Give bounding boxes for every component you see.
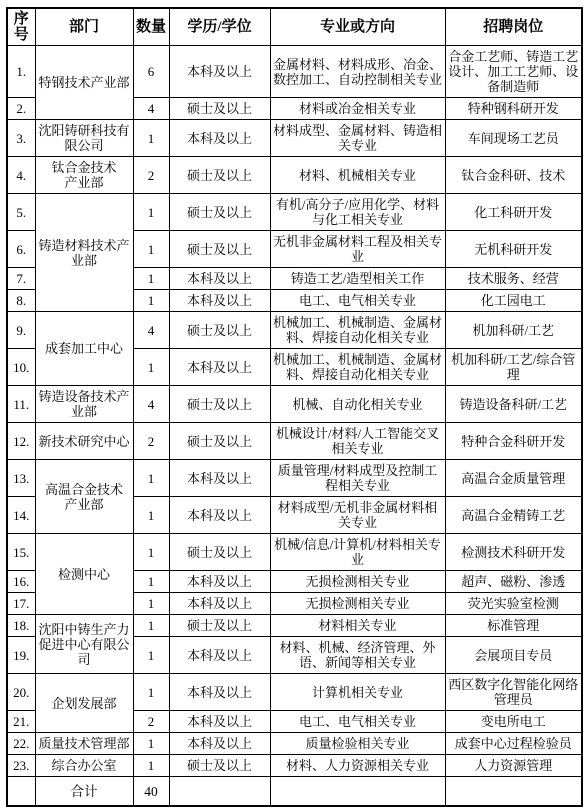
cell-major: 材料、机械、经济管理、外语、新闻等相关专业 [270, 637, 445, 674]
cell-position: 高温合金精铸工艺 [445, 497, 582, 534]
cell-department: 综合办公室 [35, 755, 133, 777]
cell-degree: 本科及以上 [169, 497, 270, 534]
cell-major: 无损检测相关专业 [270, 571, 445, 593]
cell-degree: 本科及以上 [169, 637, 270, 674]
cell-major: 计算机相关专业 [270, 674, 445, 711]
cell-serial: 10. [7, 349, 35, 386]
table-row: 1.特钢技术产业部6本科及以上金属材料、材料成形、冶金、数控加工、自动控制相关专… [7, 46, 582, 98]
cell-degree: 本科及以上 [169, 268, 270, 290]
cell-position [445, 777, 582, 807]
cell-count: 1 [133, 497, 169, 534]
table-row: 13.高温合金技术 产业部1本科及以上质量管理/材料成型及控制工程相关专业高温合… [7, 460, 582, 497]
cell-department: 质量技术管理部 [35, 733, 133, 755]
cell-serial: 14. [7, 497, 35, 534]
cell-serial: 16. [7, 571, 35, 593]
cell-count: 2 [133, 157, 169, 194]
cell-position: 机加科研/工艺 [445, 312, 582, 349]
cell-count: 1 [133, 268, 169, 290]
cell-serial [7, 777, 35, 807]
cell-count: 1 [133, 460, 169, 497]
cell-degree: 硕士及以上 [169, 386, 270, 423]
cell-position: 无机科研开发 [445, 231, 582, 268]
cell-serial: 11. [7, 386, 35, 423]
cell-degree: 本科及以上 [169, 711, 270, 733]
cell-degree: 硕士及以上 [169, 98, 270, 120]
page: 序 号 部门 数量 学历/学位 专业或方向 招聘岗位 1.特钢技术产业部6本科及… [0, 0, 588, 786]
cell-major: 机械/信息/计算机/材料相关专业 [270, 534, 445, 571]
cell-serial: 4. [7, 157, 35, 194]
cell-degree: 硕士及以上 [169, 194, 270, 231]
cell-department: 新技术研究中心 [35, 423, 133, 460]
cell-degree [169, 777, 270, 807]
cell-major [270, 777, 445, 807]
header-department: 部门 [35, 8, 133, 46]
cell-department: 铸造设备技术产业部 [35, 386, 133, 423]
cell-count: 4 [133, 386, 169, 423]
cell-major: 电工、电气相关专业 [270, 711, 445, 733]
cell-department: 特钢技术产业部 [35, 46, 133, 120]
cell-serial: 1. [7, 46, 35, 98]
cell-degree: 硕士及以上 [169, 615, 270, 637]
cell-serial: 20. [7, 674, 35, 711]
cell-degree: 本科及以上 [169, 571, 270, 593]
table-row: 4.钛合金技术 产业部2硕士及以上材料、机械相关专业钛合金科研、技术 [7, 157, 582, 194]
cell-serial: 7. [7, 268, 35, 290]
header-position: 招聘岗位 [445, 8, 582, 46]
cell-degree: 本科及以上 [169, 349, 270, 386]
cell-degree: 本科及以上 [169, 120, 270, 157]
table-row: 5.铸造材料技术产业部1硕士及以上有机/高分子/应用化学、材料与化工相关专业化工… [7, 194, 582, 231]
cell-position: 成套中心过程检验员 [445, 733, 582, 755]
cell-count: 1 [133, 194, 169, 231]
cell-department: 沈阳铸研科技有限公司 [35, 120, 133, 157]
cell-count: 6 [133, 46, 169, 98]
cell-degree: 硕士及以上 [169, 231, 270, 268]
cell-serial: 21. [7, 711, 35, 733]
cell-degree: 硕士及以上 [169, 755, 270, 777]
cell-major: 铸造工艺/造型相关工作 [270, 268, 445, 290]
cell-department: 高温合金技术 产业部 [35, 460, 133, 534]
cell-department: 沈阳中铸生产力促进中心有限公司 [35, 615, 133, 674]
cell-position: 检测技术科研开发 [445, 534, 582, 571]
cell-position: 铸造设备科研/工艺 [445, 386, 582, 423]
table-row: 11.铸造设备技术产业部4硕士及以上机械、自动化相关专业铸造设备科研/工艺 [7, 386, 582, 423]
cell-serial: 9. [7, 312, 35, 349]
table-row: 18.沈阳中铸生产力促进中心有限公司1硕士及以上材料相关专业标准管理 [7, 615, 582, 637]
cell-degree: 硕士及以上 [169, 534, 270, 571]
cell-degree: 硕士及以上 [169, 423, 270, 460]
cell-department: 成套加工中心 [35, 312, 133, 386]
cell-department: 钛合金技术 产业部 [35, 157, 133, 194]
cell-position: 特种合金科研开发 [445, 423, 582, 460]
cell-degree: 硕士及以上 [169, 157, 270, 194]
cell-position: 机加科研/工艺/综合管理 [445, 349, 582, 386]
cell-count: 1 [133, 571, 169, 593]
cell-major: 有机/高分子/应用化学、材料与化工相关专业 [270, 194, 445, 231]
cell-count: 1 [133, 733, 169, 755]
table-body: 1.特钢技术产业部6本科及以上金属材料、材料成形、冶金、数控加工、自动控制相关专… [7, 46, 582, 807]
cell-major: 机械设计/材料/人工智能交叉相关专业 [270, 423, 445, 460]
table-row: 23.综合办公室1硕士及以上材料、人力资源相关专业人力资源管理 [7, 755, 582, 777]
cell-degree: 本科及以上 [169, 674, 270, 711]
recruitment-table: 序 号 部门 数量 学历/学位 专业或方向 招聘岗位 1.特钢技术产业部6本科及… [6, 7, 583, 807]
cell-major: 质量检验相关专业 [270, 733, 445, 755]
cell-position: 化工园电工 [445, 290, 582, 312]
cell-position: 西区数字化智能化网络管理员 [445, 674, 582, 711]
cell-serial: 18. [7, 615, 35, 637]
header-count: 数量 [133, 8, 169, 46]
cell-degree: 本科及以上 [169, 46, 270, 98]
cell-serial: 5. [7, 194, 35, 231]
table-row: 15.检测中心1硕士及以上机械/信息/计算机/材料相关专业检测技术科研开发 [7, 534, 582, 571]
cell-department: 检测中心 [35, 534, 133, 615]
cell-position: 钛合金科研、技术 [445, 157, 582, 194]
cell-position: 超声、磁粉、渗透 [445, 571, 582, 593]
table-row: 12.新技术研究中心2硕士及以上机械设计/材料/人工智能交叉相关专业特种合金科研… [7, 423, 582, 460]
cell-serial: 6. [7, 231, 35, 268]
total-row: 合计40 [7, 777, 582, 807]
cell-serial: 23. [7, 755, 35, 777]
cell-count: 1 [133, 231, 169, 268]
cell-serial: 12. [7, 423, 35, 460]
cell-position: 荧光实验室检测 [445, 593, 582, 615]
header-major: 专业或方向 [270, 8, 445, 46]
cell-major: 材料、机械相关专业 [270, 157, 445, 194]
cell-major: 金属材料、材料成形、冶金、数控加工、自动控制相关专业 [270, 46, 445, 98]
cell-serial: 15. [7, 534, 35, 571]
cell-major: 材料相关专业 [270, 615, 445, 637]
cell-serial: 13. [7, 460, 35, 497]
cell-major: 机械加工、机械制造、金属材料、焊接自动化相关专业 [270, 349, 445, 386]
cell-serial: 22. [7, 733, 35, 755]
cell-serial: 19. [7, 637, 35, 674]
header-degree: 学历/学位 [169, 8, 270, 46]
cell-count: 1 [133, 637, 169, 674]
table-row: 9.成套加工中心4硕士及以上机械加工、机械制造、金属材料、焊接自动化相关专业机加… [7, 312, 582, 349]
cell-degree: 硕士及以上 [169, 312, 270, 349]
cell-department: 铸造材料技术产业部 [35, 194, 133, 312]
cell-major: 机械加工、机械制造、金属材料、焊接自动化相关专业 [270, 312, 445, 349]
cell-count: 4 [133, 312, 169, 349]
cell-major: 无损检测相关专业 [270, 593, 445, 615]
cell-major: 机械、自动化相关专业 [270, 386, 445, 423]
total-label: 合计 [35, 777, 133, 807]
cell-major: 材料成型、金属材料、铸造相关专业 [270, 120, 445, 157]
header-serial: 序 号 [7, 8, 35, 46]
table-row: 20.企划发展部1本科及以上计算机相关专业西区数字化智能化网络管理员 [7, 674, 582, 711]
cell-major: 材料、人力资源相关专业 [270, 755, 445, 777]
cell-degree: 本科及以上 [169, 290, 270, 312]
cell-position: 技术服务、经营 [445, 268, 582, 290]
cell-position: 化工科研开发 [445, 194, 582, 231]
cell-count: 2 [133, 423, 169, 460]
cell-major: 材料或冶金相关专业 [270, 98, 445, 120]
header-row: 序 号 部门 数量 学历/学位 专业或方向 招聘岗位 [7, 8, 582, 46]
cell-serial: 17. [7, 593, 35, 615]
cell-count: 1 [133, 120, 169, 157]
cell-count: 1 [133, 615, 169, 637]
cell-position: 标准管理 [445, 615, 582, 637]
cell-position: 会展项目专员 [445, 637, 582, 674]
cell-position: 高温合金质量管理 [445, 460, 582, 497]
cell-major: 质量管理/材料成型及控制工程相关专业 [270, 460, 445, 497]
cell-count: 1 [133, 290, 169, 312]
cell-count: 1 [133, 534, 169, 571]
cell-count: 1 [133, 593, 169, 615]
cell-position: 变电所电工 [445, 711, 582, 733]
cell-department: 企划发展部 [35, 674, 133, 733]
cell-degree: 本科及以上 [169, 733, 270, 755]
cell-major: 无机非金属材料工程及相关专业 [270, 231, 445, 268]
cell-serial: 2. [7, 98, 35, 120]
cell-position: 车间现场工艺员 [445, 120, 582, 157]
total-count: 40 [133, 777, 169, 807]
cell-degree: 本科及以上 [169, 593, 270, 615]
cell-count: 4 [133, 98, 169, 120]
cell-count: 1 [133, 755, 169, 777]
cell-position: 人力资源管理 [445, 755, 582, 777]
cell-position: 合金工艺师、铸造工艺设计、加工工艺师、设备制造师 [445, 46, 582, 98]
cell-degree: 本科及以上 [169, 460, 270, 497]
cell-major: 材料成型/无机非金属材料相关专业 [270, 497, 445, 534]
table-row: 3.沈阳铸研科技有限公司1本科及以上材料成型、金属材料、铸造相关专业车间现场工艺… [7, 120, 582, 157]
cell-major: 电工、电气相关专业 [270, 290, 445, 312]
cell-count: 2 [133, 711, 169, 733]
cell-serial: 3. [7, 120, 35, 157]
cell-serial: 8. [7, 290, 35, 312]
cell-count: 1 [133, 674, 169, 711]
cell-position: 特种钢科研开发 [445, 98, 582, 120]
table-header: 序 号 部门 数量 学历/学位 专业或方向 招聘岗位 [7, 8, 582, 46]
cell-count: 1 [133, 349, 169, 386]
table-row: 22.质量技术管理部1本科及以上质量检验相关专业成套中心过程检验员 [7, 733, 582, 755]
